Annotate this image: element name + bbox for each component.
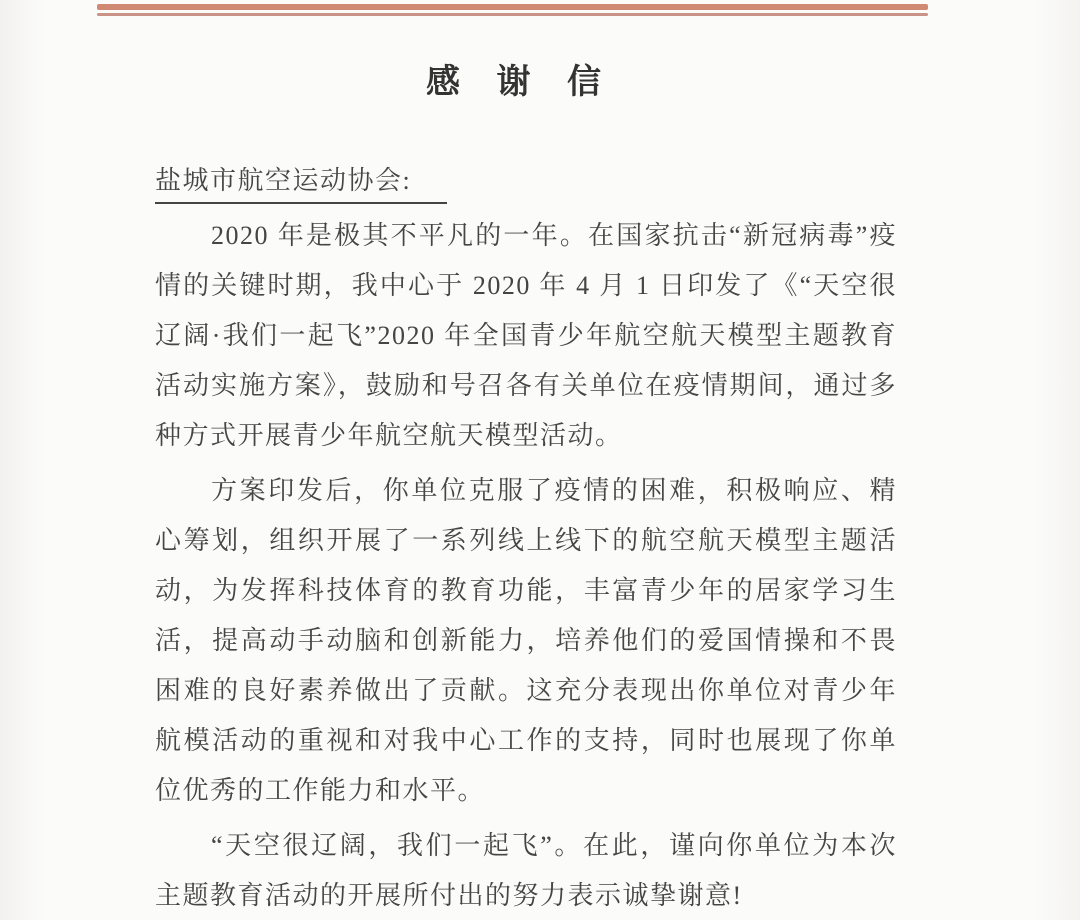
salutation-row: 盐城市航空运动协会: (155, 156, 897, 206)
letter-paragraphs: 2020 年是极其不平凡的一年。在国家抗击“新冠病毒”疫情的关键时期，我中心于 … (155, 211, 897, 920)
page-title: 感 谢 信 (97, 54, 930, 103)
header-rule-thin (97, 13, 928, 16)
header-rule-thick (97, 4, 928, 10)
letter-paragraph: 2020 年是极其不平凡的一年。在国家抗击“新冠病毒”疫情的关键时期，我中心于 … (155, 211, 897, 461)
letter-paragraph: 方案印发后，你单位克服了疫情的困难，积极响应、精心筹划，组织开展了一系列线上线下… (155, 466, 897, 816)
salutation: 盐城市航空运动协会: (155, 162, 447, 204)
letter-body: 盐城市航空运动协会: 2020 年是极其不平凡的一年。在国家抗击“新冠病毒”疫情… (155, 156, 897, 920)
letter-paragraph: “天空很辽阔，我们一起飞”。在此，谨向你单位为本次主题教育活动的开展所付出的努力… (155, 821, 897, 920)
letter-page: 感 谢 信 盐城市航空运动协会: 2020 年是极其不平凡的一年。在国家抗击“新… (0, 0, 1080, 920)
